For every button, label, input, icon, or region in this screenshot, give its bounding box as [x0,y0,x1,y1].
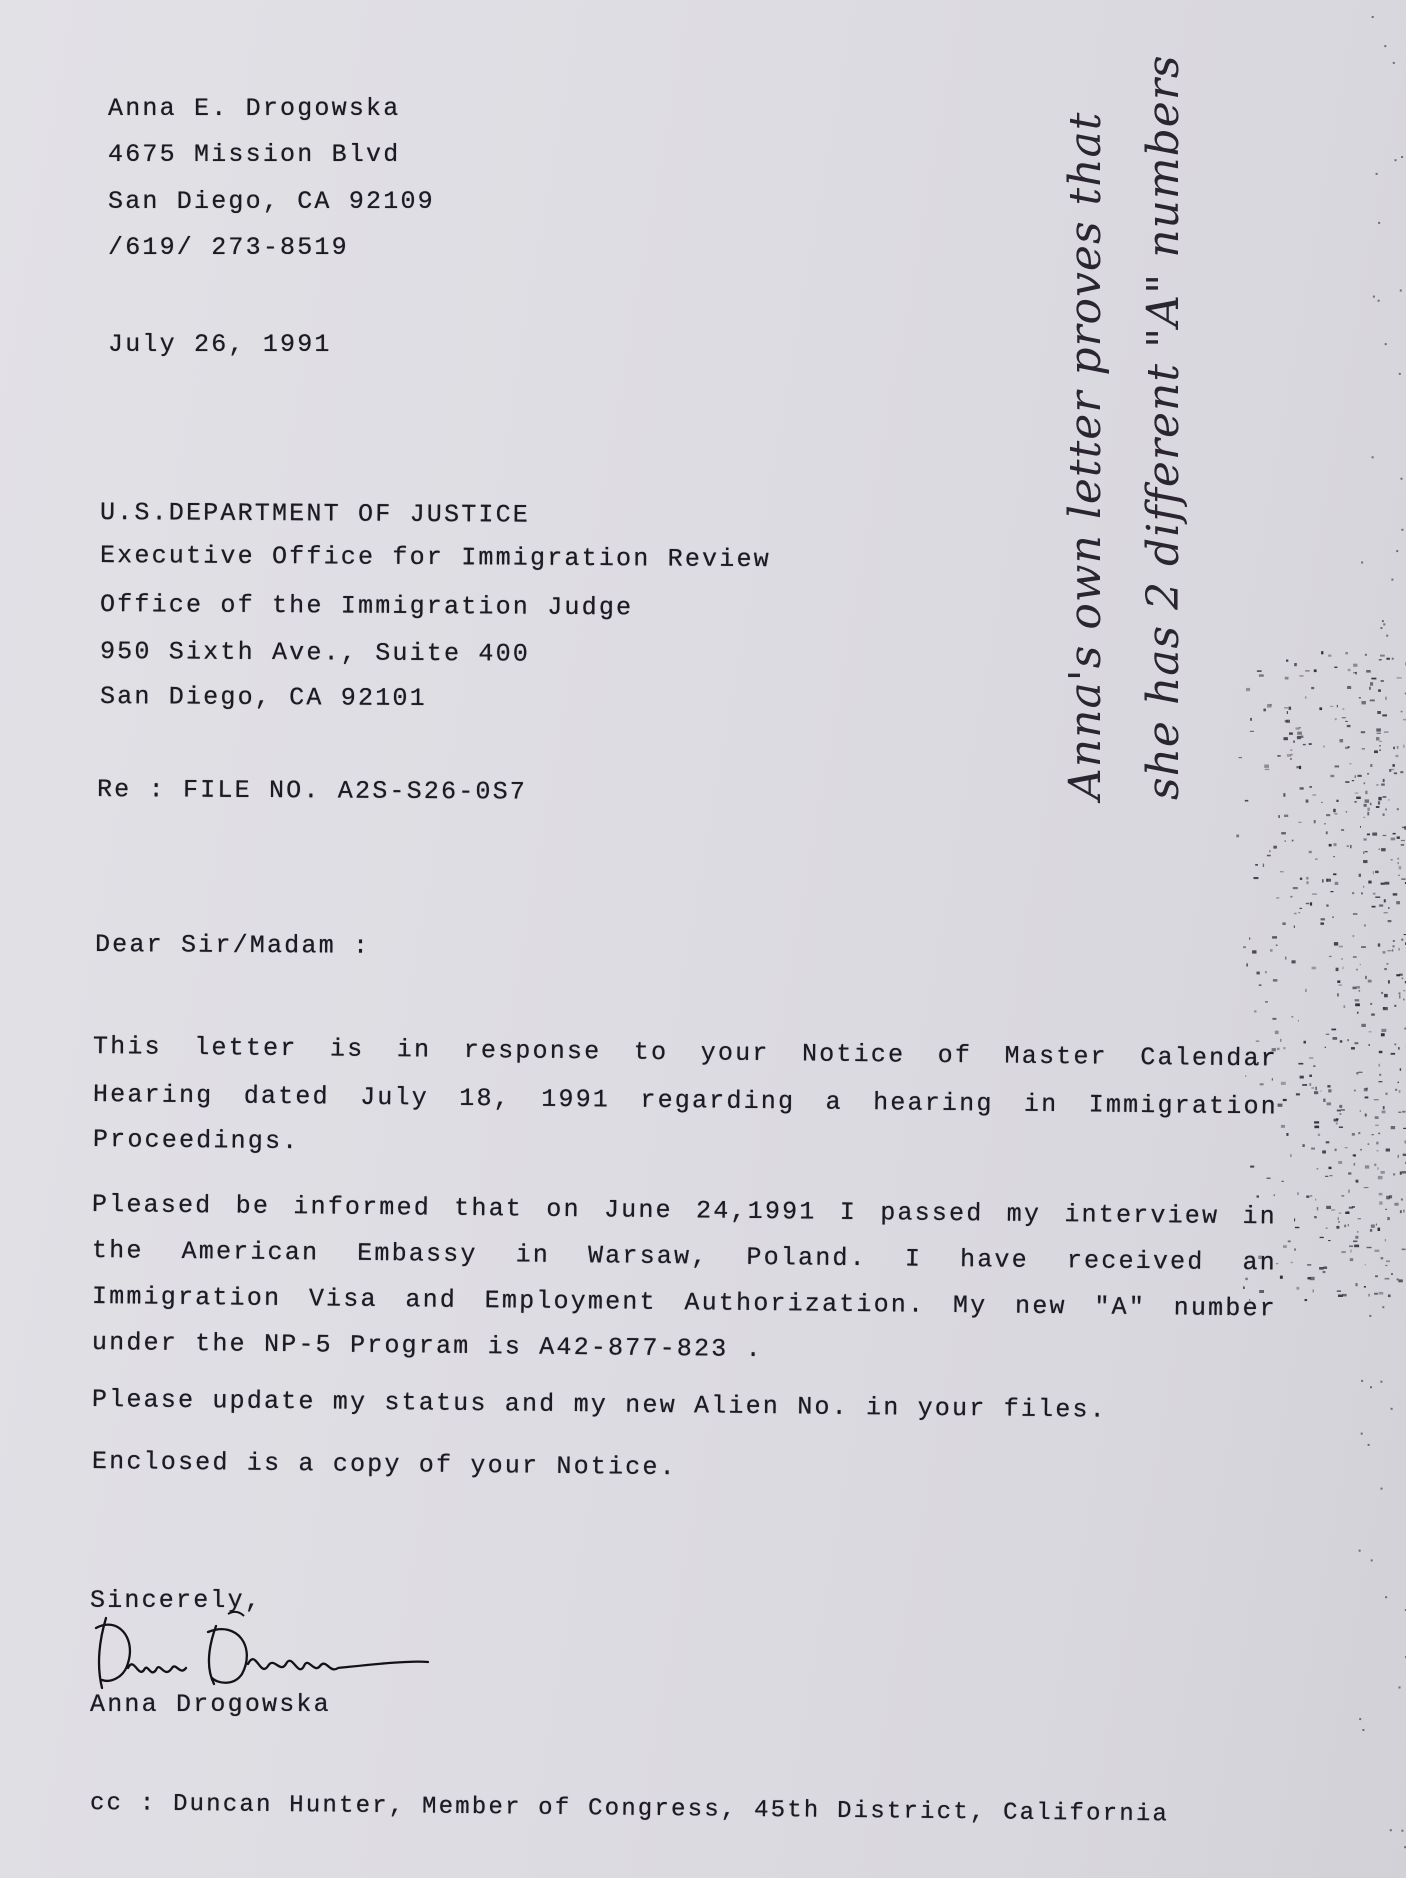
body-p3: Please update my status and my new Alien… [92,1385,1107,1425]
handwritten-signature [88,1608,438,1698]
body-p4: Enclosed is a copy of your Notice. [92,1447,677,1482]
handwritten-margin-note-line-2: she has 2 different "A" numbers [1138,55,1189,800]
sender-city: San Diego, CA 92109 [108,187,435,216]
recipient-line-3: Office of the Immigration Judge [100,590,633,622]
body-p2-line-2: the American Embassy in Warsaw, Poland. … [92,1236,1277,1277]
cc-line: cc : Duncan Hunter, Member of Congress, … [90,1790,1169,1828]
body-p2-line-4: under the NP-5 Program is A42-877-823 . [92,1328,763,1364]
reference-file-number: Re : FILE NO. A2S-S26-0S7 [97,775,527,807]
body-p2-line-1: Pleased be informed that on June 24,1991… [92,1190,1277,1231]
handwritten-margin-note-line-1: Anna's own letter proves that [1060,112,1111,800]
body-p2-line-3: Immigration Visa and Employment Authoriz… [92,1282,1277,1323]
signature-name: Anna Drogowska [90,1690,331,1719]
salutation: Dear Sir/Madam : [95,930,370,961]
scanned-letter-page: Anna E. Drogowska 4675 Mission Blvd San … [0,0,1406,1878]
recipient-line-5: San Diego, CA 92101 [100,682,427,713]
sender-phone: /619/ 273-8519 [108,233,349,262]
recipient-line-4: 950 Sixth Ave., Suite 400 [100,637,530,669]
body-p1-line-1: This letter is in response to your Notic… [93,1032,1278,1073]
body-p1-line-2: Hearing dated July 18, 1991 regarding a … [93,1080,1278,1121]
sender-street: 4675 Mission Blvd [108,140,400,169]
recipient-line-1: U.S.DEPARTMENT OF JUSTICE [100,498,530,530]
recipient-line-2: Executive Office for Immigration Review [100,541,771,574]
photocopy-speckle-artifacts [1176,0,1406,1878]
sender-name: Anna E. Drogowska [108,94,400,123]
letter-date: July 26, 1991 [108,330,332,359]
body-p1-line-3: Proceedings. [93,1125,300,1156]
